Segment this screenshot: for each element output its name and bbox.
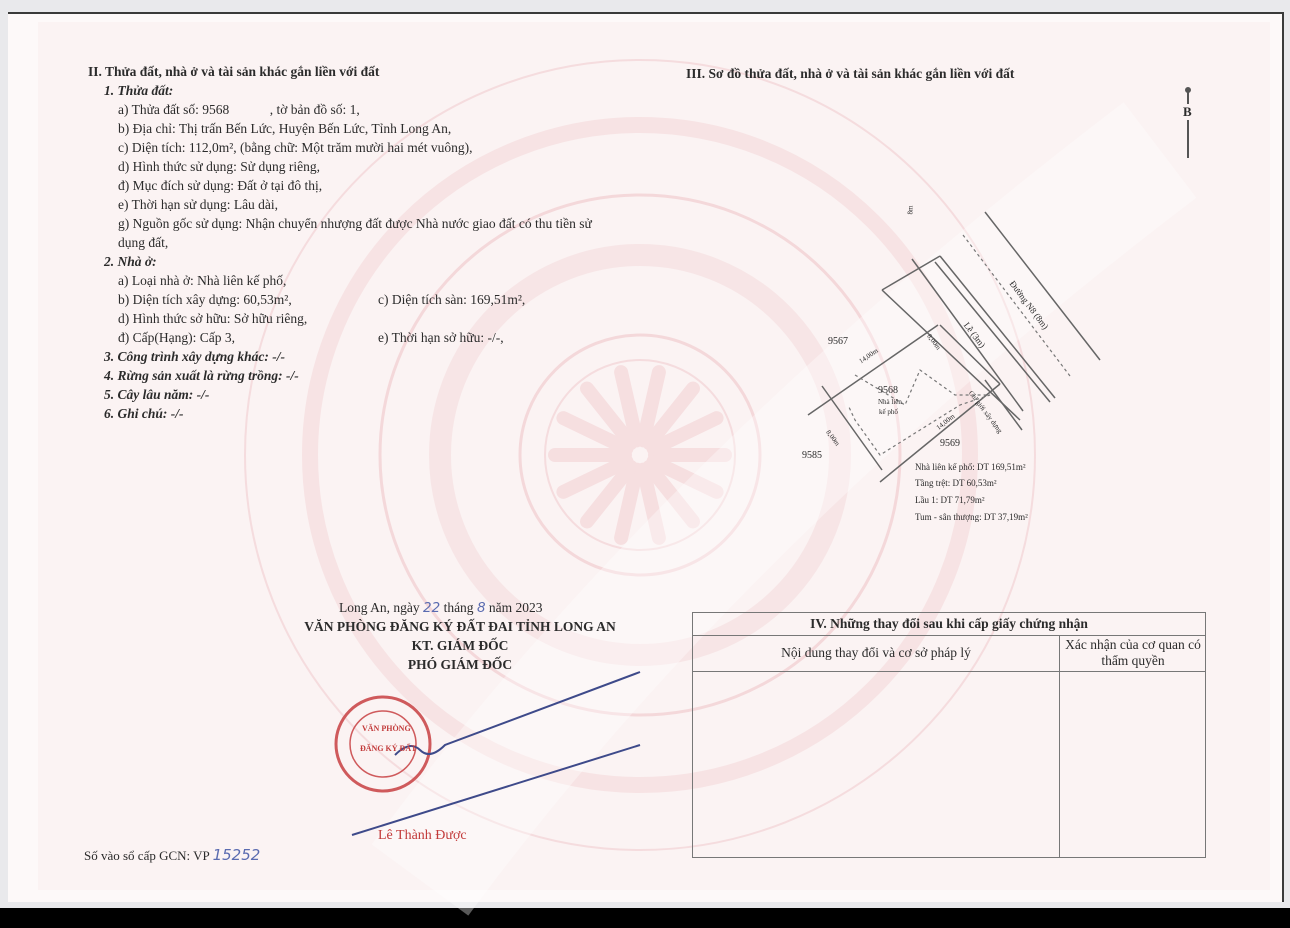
changes-table-divider <box>1059 635 1060 857</box>
register-label: Số vào sổ cấp GCN: VP <box>84 848 209 863</box>
changes-col-confirmation: Xác nhận của cơ quan có thẩm quyền <box>1061 637 1205 673</box>
stamp-text-1: VĂN PHÒNG <box>362 724 404 733</box>
signature-strokes <box>352 672 640 835</box>
changes-col-content: Nội dung thay đổi và cơ sở pháp lý <box>693 635 1059 671</box>
register-number: Số vào sổ cấp GCN: VP 15252 <box>84 846 260 864</box>
changes-table: IV. Những thay đổi sau khi cấp giấy chứn… <box>692 612 1206 858</box>
signer-name: Lê Thành Được <box>378 828 467 844</box>
stamp-text-2: ĐĂNG KÝ ĐẤT <box>360 744 406 753</box>
changes-table-title: IV. Những thay đổi sau khi cấp giấy chứn… <box>693 613 1205 636</box>
register-value: 15252 <box>213 846 261 864</box>
